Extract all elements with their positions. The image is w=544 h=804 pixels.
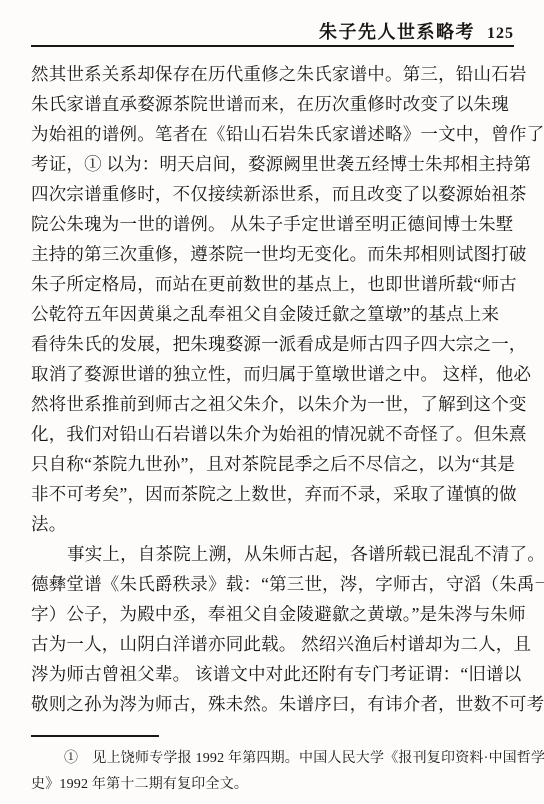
footnote: ① 见上饶师专学报 1992 年第四期。中国人民大学《报刊复印资料·中国哲学史》…: [31, 746, 514, 798]
body-line: 主持的第三次重修，遵茶院一世均无变化。而朱邦相则试图打破: [31, 239, 514, 269]
running-head-title: 朱子先人世系略考: [319, 18, 475, 44]
footnote-line: 史》1992 年第十二期有复印全文。: [31, 772, 514, 798]
body-text: 然其世系关系却保存在历代重修之朱氏家谱中。第三，铅山石岩朱氏家谱直承婺源茶院世谱…: [31, 59, 514, 719]
body-line: 院公朱瑰为一世的谱例。 从朱子手定世谱至明正德间博士朱墅: [31, 209, 514, 239]
body-line: 公乾符五年因黄巢之乱奉祖父自金陵迁歙之篁墩”的基点上来: [31, 299, 514, 329]
page-header: 朱子先人世系略考 125: [31, 18, 514, 42]
body-line: 取消了婺源世谱的独立性，而归属于篁墩世谱之中。 这样，他必: [31, 359, 514, 389]
page-number: 125: [487, 25, 514, 43]
body-line: 事实上，自茶院上溯，从朱师古起，各谱所载已混乱不清了。: [31, 539, 514, 569]
body-line: 为始祖的谱例。笔者在《铅山石岩朱氏家谱述略》一文中，曾作了: [31, 119, 514, 149]
body-line: 非不可考矣”，因而茶院之上数世，弃而不录，采取了谨慎的做: [31, 479, 514, 509]
body-line: 化，我们对铅山石岩谱以朱介为始祖的情况就不奇怪了。但朱熹: [31, 419, 514, 449]
body-line: 只自称“茶院九世孙”，且对茶院昆季之后不尽信之，以为“其是: [31, 449, 514, 479]
header-rule: [31, 45, 514, 47]
body-line: 字）公子，为殿中丞，奉祖父自金陵避歙之黄墩。”是朱涔与朱师: [31, 599, 514, 629]
body-line: 然其世系关系却保存在历代重修之朱氏家谱中。第三，铅山石岩: [31, 59, 514, 89]
book-page: 朱子先人世系略考 125 然其世系关系却保存在历代重修之朱氏家谱中。第三，铅山石…: [0, 0, 544, 804]
body-line: 考证，① 以为：明天启间，婺源阙里世袭五经博士朱邦相主持第: [31, 149, 514, 179]
body-line: 然将世系推前到师古之祖父朱介，以朱介为一世，了解到这个变: [31, 389, 514, 419]
body-line: 朱子所定格局，而站在更前数世的基点上，也即世谱所载“师古: [31, 269, 514, 299]
body-line: 涔为师古曾祖父辈。 该谱文中对此还附有专门考证谓：“旧谱以: [31, 659, 514, 689]
body-line: 德彝堂谱《朱氏爵秩录》载：“第三世，涔，字师古，守滔（朱禹一: [31, 569, 514, 599]
body-line: 古为一人，山阴白洋谱亦同此载。 然绍兴渔后村谱却为二人，且: [31, 629, 514, 659]
body-line: 朱氏家谱直承婺源茶院世谱而来，在历次重修时改变了以朱瑰: [31, 89, 514, 119]
body-line: 法。: [31, 509, 514, 539]
footnote-separator: [31, 735, 159, 737]
body-line: 四次宗谱重修时，不仅接续新添世系，而且改变了以婺源始祖茶: [31, 179, 514, 209]
body-line: 看待朱氏的发展，把朱瑰婺源一派看成是师古四子四大宗之一，: [31, 329, 514, 359]
footnote-line: ① 见上饶师专学报 1992 年第四期。中国人民大学《报刊复印资料·中国哲学: [31, 746, 514, 772]
body-line: 敬则之孙为涔为师古，殊未然。朱谱序曰，有讳介者，世数不可考: [31, 689, 514, 719]
